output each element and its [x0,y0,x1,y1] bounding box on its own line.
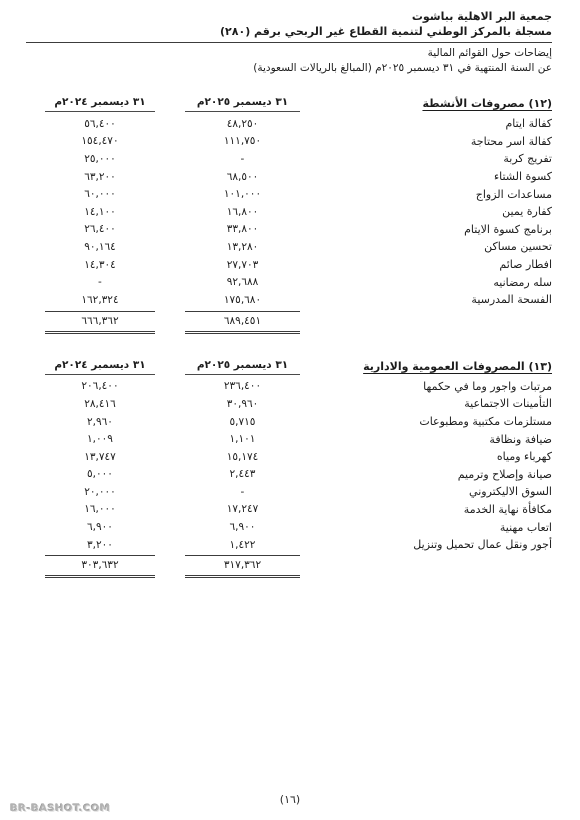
row-value-2024: ٢٨,٤١٦ [45,398,155,410]
table-total-row: ٦٨٩,٤٥١ ٦٦٦,٣٦٢ [45,311,552,334]
row-label: تفريج كربة [300,152,552,165]
column-header-2025: ٣١ ديسمبر ٢٠٢٥م [185,359,300,375]
total-value-2024: ٦٦٦,٣٦٢ [45,311,155,334]
row-value-2024: ٦,٩٠٠ [45,521,155,533]
total-value-2024: ٣٠٣,٦٣٢ [45,555,155,578]
row-value-2024: ٢٦,٤٠٠ [45,223,155,235]
row-value-2024: ٢٠,٠٠٠ [45,486,155,498]
row-value-2025: ١٦,٨٠٠ [185,206,300,218]
total-value-2025: ٦٨٩,٤٥١ [185,311,300,334]
section-title: (١٢) مصروفات الأنشطة [300,97,552,112]
row-label: صيانة وإصلاح وترميم [300,468,552,481]
row-label: برنامج كسوة الايتام [300,223,552,236]
row-value-2025: ٦,٩٠٠ [185,521,300,533]
table-row: اتعاب مهنية٦,٩٠٠٦,٩٠٠ [45,518,552,536]
organization-name: جمعية البر الاهلية بباشوت [28,9,552,24]
row-label: السوق الاليكتروني [300,485,552,498]
row-label: كسوة الشتاء [300,170,552,183]
row-value-2024: ١٦٢,٣٢٤ [45,294,155,306]
row-value-2025: ٣٠,٩٦٠ [185,398,300,410]
table-row: ضيافة ونظافة١,١٠١١,٠٠٩ [45,430,552,448]
row-value-2024: ٢٥,٠٠٠ [45,153,155,165]
section-title: (١٣) المصروفات العمومية والادارية [300,360,552,375]
table-row: كهرباء ومياه١٥,١٧٤١٣,٧٤٧ [45,448,552,466]
table-body: كفالة ايتام٤٨,٢٥٠٥٦,٤٠٠كفالة اسر محتاجة١… [45,115,552,309]
row-value-2024: ٣,٢٠٠ [45,539,155,551]
table-row: السوق الاليكتروني-٢٠,٠٠٠ [45,483,552,501]
row-value-2024: ١,٠٠٩ [45,433,155,445]
table-row: كفالة ايتام٤٨,٢٥٠٥٦,٤٠٠ [45,115,552,133]
table-row: التأمينات الاجتماعية٣٠,٩٦٠٢٨,٤١٦ [45,395,552,413]
table-row: كسوة الشتاء٦٨,٥٠٠٦٣,٢٠٠ [45,168,552,186]
watermark-text: BR-BASHOT.COM [10,803,110,814]
row-value-2025: ٦٨,٥٠٠ [185,171,300,183]
row-label: ضيافة ونظافة [300,433,552,446]
row-label: مرتبات واجور وما في حكمها [300,380,552,393]
row-value-2025: ٢٧,٧٠٣ [185,259,300,271]
row-label: الفسحة المدرسية [300,293,552,306]
row-value-2024: ٩٠,١٦٤ [45,241,155,253]
row-value-2024: ٥٦,٤٠٠ [45,118,155,130]
table-row: أجور ونقل عمال تحميل وتنزيل١,٤٢٢٣,٢٠٠ [45,536,552,554]
row-value-2025: - [185,486,300,498]
registration-line: مسجلة بالمركز الوطني لتنمية القطاع غير ا… [28,24,552,39]
row-value-2024: ٦٠,٠٠٠ [45,188,155,200]
row-label: كهرباء ومياه [300,450,552,463]
row-value-2025: ١٥,١٧٤ [185,451,300,463]
row-value-2024: ١٤,٣٠٤ [45,259,155,271]
row-value-2025: ٣٣,٨٠٠ [185,223,300,235]
row-value-2024: ٢,٩٦٠ [45,416,155,428]
table-row: الفسحة المدرسية١٧٥,٦٨٠١٦٢,٣٢٤ [45,291,552,309]
row-value-2025: ١٠١,٠٠٠ [185,188,300,200]
table-row: مرتبات واجور وما في حكمها٢٣٦,٤٠٠٢٠٦,٤٠٠ [45,378,552,396]
general-admin-expenses-table: (١٣) المصروفات العمومية والادارية ٣١ ديس… [0,359,580,579]
row-value-2024: ٢٠٦,٤٠٠ [45,380,155,392]
row-value-2025: ١٣,٢٨٠ [185,241,300,253]
row-value-2025: ٥,٧١٥ [185,416,300,428]
table-row: صيانة وإصلاح وترميم٢,٤٤٣٥,٠٠٠ [45,466,552,484]
document-header: جمعية البر الاهلية بباشوت مسجلة بالمركز … [0,0,580,39]
table-row: مستلزمات مكتبية ومطبوعات٥,٧١٥٢,٩٦٠ [45,413,552,431]
row-value-2025: ١١١,٧٥٠ [185,135,300,147]
table-row: مكافأة نهاية الخدمة١٧,٢٤٧١٦,٠٠٠ [45,501,552,519]
row-label: تحسين مساكن [300,240,552,253]
row-label: التأمينات الاجتماعية [300,397,552,410]
row-label: مستلزمات مكتبية ومطبوعات [300,415,552,428]
row-label: أجور ونقل عمال تحميل وتنزيل [300,538,552,551]
row-label: كفالة ايتام [300,117,552,130]
notes-title: إيضاحات حول القوائم المالية [28,46,552,61]
financial-notes-page: جمعية البر الاهلية بباشوت مسجلة بالمركز … [0,0,580,820]
period-line: عن السنة المنتهية في ٣١ ديسمبر ٢٠٢٥م (ال… [28,61,552,76]
row-value-2025: ٤٨,٢٥٠ [185,118,300,130]
table-row: افطار صائم٢٧,٧٠٣١٤,٣٠٤ [45,256,552,274]
notes-subheader: إيضاحات حول القوائم المالية عن السنة الم… [0,43,580,75]
row-value-2025: ١٧٥,٦٨٠ [185,294,300,306]
column-header-2024: ٣١ ديسمبر ٢٠٢٤م [45,359,155,375]
table-row: مساعدات الزواج١٠١,٠٠٠٦٠,٠٠٠ [45,185,552,203]
table-row: تحسين مساكن١٣,٢٨٠٩٠,١٦٤ [45,238,552,256]
table-header-row: (١٣) المصروفات العمومية والادارية ٣١ ديس… [45,359,552,375]
row-value-2024: ١٣,٧٤٧ [45,451,155,463]
row-value-2025: ١,١٠١ [185,433,300,445]
row-value-2025: - [185,153,300,165]
table-row: سله رمضانيه٩٢,٦٨٨- [45,273,552,291]
row-label: افطار صائم [300,258,552,271]
row-value-2025: ٢,٤٤٣ [185,468,300,480]
row-label: مكافأة نهاية الخدمة [300,503,552,516]
table-row: تفريج كربة-٢٥,٠٠٠ [45,150,552,168]
row-value-2024: ٥,٠٠٠ [45,468,155,480]
row-value-2025: ١٧,٢٤٧ [185,503,300,515]
row-value-2024: ١٤,١٠٠ [45,206,155,218]
column-header-2025: ٣١ ديسمبر ٢٠٢٥م [185,96,300,112]
table-body: مرتبات واجور وما في حكمها٢٣٦,٤٠٠٢٠٦,٤٠٠ا… [45,378,552,554]
row-value-2024: ١٥٤,٤٧٠ [45,135,155,147]
table-row: كفارة يمين١٦,٨٠٠١٤,١٠٠ [45,203,552,221]
row-value-2025: ٢٣٦,٤٠٠ [185,380,300,392]
table-header-row: (١٢) مصروفات الأنشطة ٣١ ديسمبر ٢٠٢٥م ٣١ … [45,96,552,112]
table-row: برنامج كسوة الايتام٣٣,٨٠٠٢٦,٤٠٠ [45,221,552,239]
row-label: كفارة يمين [300,205,552,218]
row-value-2024: ٦٣,٢٠٠ [45,171,155,183]
table-row: كفالة اسر محتاجة١١١,٧٥٠١٥٤,٤٧٠ [45,133,552,151]
row-label: كفالة اسر محتاجة [300,135,552,148]
row-label: سله رمضانيه [300,276,552,289]
activity-expenses-table: (١٢) مصروفات الأنشطة ٣١ ديسمبر ٢٠٢٥م ٣١ … [0,96,580,334]
table-total-row: ٣١٧,٣٦٢ ٣٠٣,٦٣٢ [45,555,552,578]
row-label: مساعدات الزواج [300,188,552,201]
row-value-2025: ١,٤٢٢ [185,539,300,551]
row-label: اتعاب مهنية [300,521,552,534]
row-value-2025: ٩٢,٦٨٨ [185,276,300,288]
row-value-2024: ١٦,٠٠٠ [45,503,155,515]
total-value-2025: ٣١٧,٣٦٢ [185,555,300,578]
column-header-2024: ٣١ ديسمبر ٢٠٢٤م [45,96,155,112]
row-value-2024: - [45,276,155,288]
